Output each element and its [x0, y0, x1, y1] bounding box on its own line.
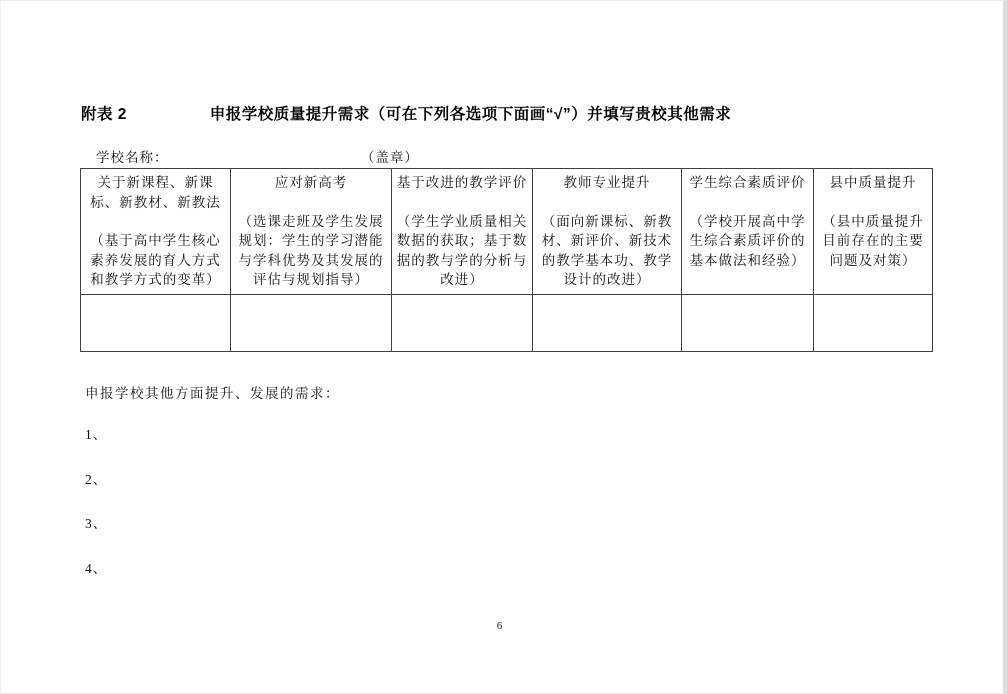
column-title: 基于改进的教学评价 [396, 173, 528, 193]
needs-item-3[interactable]: 3、 [85, 512, 107, 530]
needs-item-1[interactable]: 1、 [85, 423, 107, 441]
column-title: 县中质量提升 [818, 173, 928, 193]
column-subtitle: （县中质量提升目前存在的主要问题及对策） [818, 212, 928, 271]
column-subtitle: （学校开展高中学生综合素质评价的基本做法和经验） [686, 212, 809, 271]
column-title: 教师专业提升 [537, 173, 677, 193]
school-name-row: 学校名称： （盖章） [96, 146, 419, 166]
header-cell-new-gaokao: 应对新高考 （选课走班及学生发展规划：学生的学习潜能与学科优势及其发展的评估与规… [231, 169, 392, 295]
needs-item-4[interactable]: 4、 [85, 557, 107, 575]
header-cell-student-quality-evaluation: 学生综合素质评价 （学校开展高中学生综合素质评价的基本做法和经验） [682, 169, 814, 295]
appendix-label: 附表 2 [81, 102, 127, 124]
other-needs-label: 申报学校其他方面提升、发展的需求： [85, 382, 340, 402]
needs-table: 关于新课程、新课标、新教材、新教法 （基于高中学生核心素养发展的育人方式和教学方… [80, 168, 933, 352]
document-page: 附表 2 申报学校质量提升需求（可在下列各选项下面画“√”）并填写贵校其他需求 … [0, 0, 1007, 694]
answer-cell[interactable] [392, 294, 533, 351]
column-title: 应对新高考 [235, 173, 387, 193]
answer-cell[interactable] [231, 294, 392, 351]
header-cell-teacher-development: 教师专业提升 （面向新课标、新教材、新评价、新技术的教学基本功、教学设计的改进） [533, 169, 682, 295]
page-title: 申报学校质量提升需求（可在下列各选项下面画“√”）并填写贵校其他需求 [210, 102, 732, 124]
school-name-label: 学校名称： [96, 150, 169, 165]
needs-item-2[interactable]: 2、 [85, 468, 107, 486]
table-header-row: 关于新课程、新课标、新教材、新教法 （基于高中学生核心素养发展的育人方式和教学方… [81, 169, 933, 295]
column-subtitle: （面向新课标、新教材、新评价、新技术的教学基本功、教学设计的改进） [537, 212, 677, 290]
header-cell-county-school-quality: 县中质量提升 （县中质量提升目前存在的主要问题及对策） [814, 169, 933, 295]
column-subtitle: （学生学业质量相关数据的获取；基于数据的教与学的分析与改进） [396, 212, 528, 290]
column-subtitle: （选课走班及学生发展规划：学生的学习潜能与学科优势及其发展的评估与规划指导） [235, 212, 387, 290]
title-row: 附表 2 申报学校质量提升需求（可在下列各选项下面画“√”）并填写贵校其他需求 [81, 102, 731, 124]
answer-cell[interactable] [814, 294, 933, 351]
answer-cell[interactable] [533, 294, 682, 351]
column-title: 学生综合素质评价 [686, 173, 809, 193]
column-title: 关于新课程、新课标、新教材、新教法 [85, 173, 226, 212]
answer-cell[interactable] [81, 294, 231, 351]
header-cell-new-curriculum: 关于新课程、新课标、新教材、新教法 （基于高中学生核心素养发展的育人方式和教学方… [81, 169, 231, 295]
header-cell-teaching-evaluation: 基于改进的教学评价 （学生学业质量相关数据的获取；基于数据的教与学的分析与改进） [392, 169, 533, 295]
column-subtitle: （基于高中学生核心素养发展的育人方式和教学方式的变革） [85, 231, 226, 290]
other-needs-list: 1、 2、 3、 4、 [85, 423, 107, 601]
table-answer-row [81, 294, 933, 351]
page-number: 6 [1, 620, 998, 632]
seal-label: （盖章） [361, 150, 419, 165]
answer-cell[interactable] [682, 294, 814, 351]
